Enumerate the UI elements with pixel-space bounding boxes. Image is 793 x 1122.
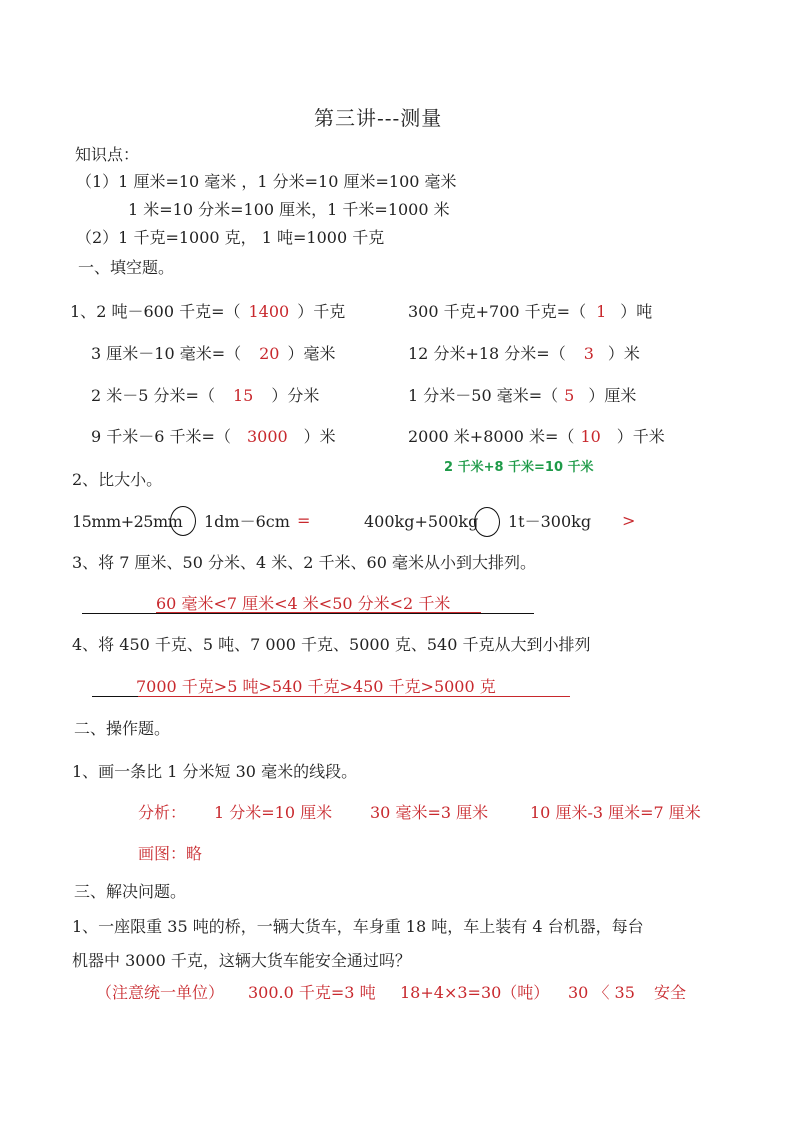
analysis-step-1: 1 分米=10 厘米 [214,803,332,823]
problem-line-1: 1、一座限重 35 吨的桥，一辆大货车，车身重 18 吨，车上装有 4 台机器，… [72,917,644,937]
problem-line-2: 机器中 3000 千克，这辆大货车能安全通过吗？ [72,951,411,971]
order-question-4: 4、将 450 千克、5 吨、7 000 千克、5000 克、540 千克从大到… [72,635,590,655]
answer-red-underline-3 [156,612,481,613]
hint-note: 2 千米+8 千米=10 千米 [444,456,594,475]
unit: ）米 [608,344,640,363]
compare-circle-b[interactable] [474,507,500,537]
expression: 2 米－5 分米=（ [91,386,215,405]
order-answer-4: 7000 千克>5 吨>540 千克>450 千克>5000 克 [136,677,496,697]
expression: 9 千米－6 千米=（ [91,427,231,446]
fill-item-8: 2000 米+8000 米=（10）千米 [408,427,665,447]
compare-right-a: 1dm－6cm [204,512,290,532]
knowledge-heading: 知识点： [75,145,139,165]
analysis-step-3: 10 厘米-3 厘米=7 厘米 [530,803,701,823]
answer: 20 [241,344,287,363]
operation-question-1: 1、画一条比 1 分米短 30 毫米的线段。 [72,762,357,782]
answer: 10 [574,427,616,446]
unit: ）千米 [617,427,665,446]
expression: 300 千克+700 千克=（ [408,302,586,321]
expression: 12 分米+18 分米=（ [408,344,566,363]
unit: ）千克 [297,302,345,321]
section-3-heading: 三、解决问题。 [74,882,186,902]
section-1-heading: 一、填空题。 [78,258,174,278]
solution-step-2: 18+4×3=30（吨） [400,983,549,1003]
compare-heading: 2、比大小。 [72,470,162,490]
fill-item-3: 3 厘米－10 毫米=（20）毫米 [91,344,336,364]
answer: 5 [558,386,588,405]
unit: ）毫米 [287,344,335,363]
answer-underline-4 [92,696,140,697]
expression: 2000 米+8000 米=（ [408,427,574,446]
knowledge-line-1: （1）1 厘米=10 毫米 ，1 分米=10 厘米=100 毫米 [76,172,457,192]
order-answer-3: 60 毫米<7 厘米<4 米<50 分米<2 千米 [156,594,450,614]
page-title: 第三讲---测量 [314,106,442,130]
compare-left-a: 15mm+25mm [72,512,182,532]
solution-note: （注意统一单位） [96,983,224,1003]
answer: 3000 [231,427,304,446]
answer: 3 [566,344,608,363]
compare-left-b: 400kg+500kg [364,512,478,532]
knowledge-line-3: （2）1 千克=1000 克， 1 吨=1000 千克 [76,228,384,248]
knowledge-line-2: 1 米=10 分米=100 厘米，1 千米=1000 米 [128,200,450,220]
fill-item-1: 1、2 吨－600 千克=（1400）千克 [70,302,345,322]
question-number: 1、 [70,302,96,321]
unit: ）吨 [620,302,652,321]
solution-conclusion: 安全 [654,983,686,1003]
expression: 3 厘米－10 毫米=（ [91,344,241,363]
solution-step-1: 300.0 千克=3 吨 [248,983,376,1003]
analysis-step-2: 30 毫米=3 厘米 [370,803,488,823]
compare-answer-b: > [622,511,635,531]
fill-item-6: 1 分米－50 毫米=（5）厘米 [408,386,636,406]
answer: 1 [586,302,620,321]
answer: 15 [215,386,271,405]
fill-item-4: 12 分米+18 分米=（3）米 [408,344,640,364]
unit: ）米 [304,427,336,446]
expression: 2 吨－600 千克=（ [96,302,240,321]
answer: 1400 [241,302,298,321]
section-2-heading: 二、操作题。 [74,719,170,739]
answer-underline-3 [82,613,534,614]
analysis-label: 分析： [138,803,186,823]
compare-answer-a: = [297,511,310,531]
drawing-note: 画图：略 [138,844,202,864]
answer-red-underline-4 [138,696,570,697]
solution-compare: 30 〈 35 [568,983,635,1003]
unit: ）厘米 [588,386,636,405]
order-question-3: 3、将 7 厘米、50 分米、4 米、2 千米、60 毫米从小到大排列。 [72,553,536,573]
fill-item-2: 300 千克+700 千克=（1）吨 [408,302,652,322]
fill-item-5: 2 米－5 分米=（15）分米 [91,386,319,406]
fill-item-7: 9 千米－6 千米=（3000）米 [91,427,336,447]
compare-circle-a[interactable] [170,506,196,536]
unit: ）分米 [271,386,319,405]
expression: 1 分米－50 毫米=（ [408,386,558,405]
compare-right-b: 1t－300kg [508,512,591,532]
